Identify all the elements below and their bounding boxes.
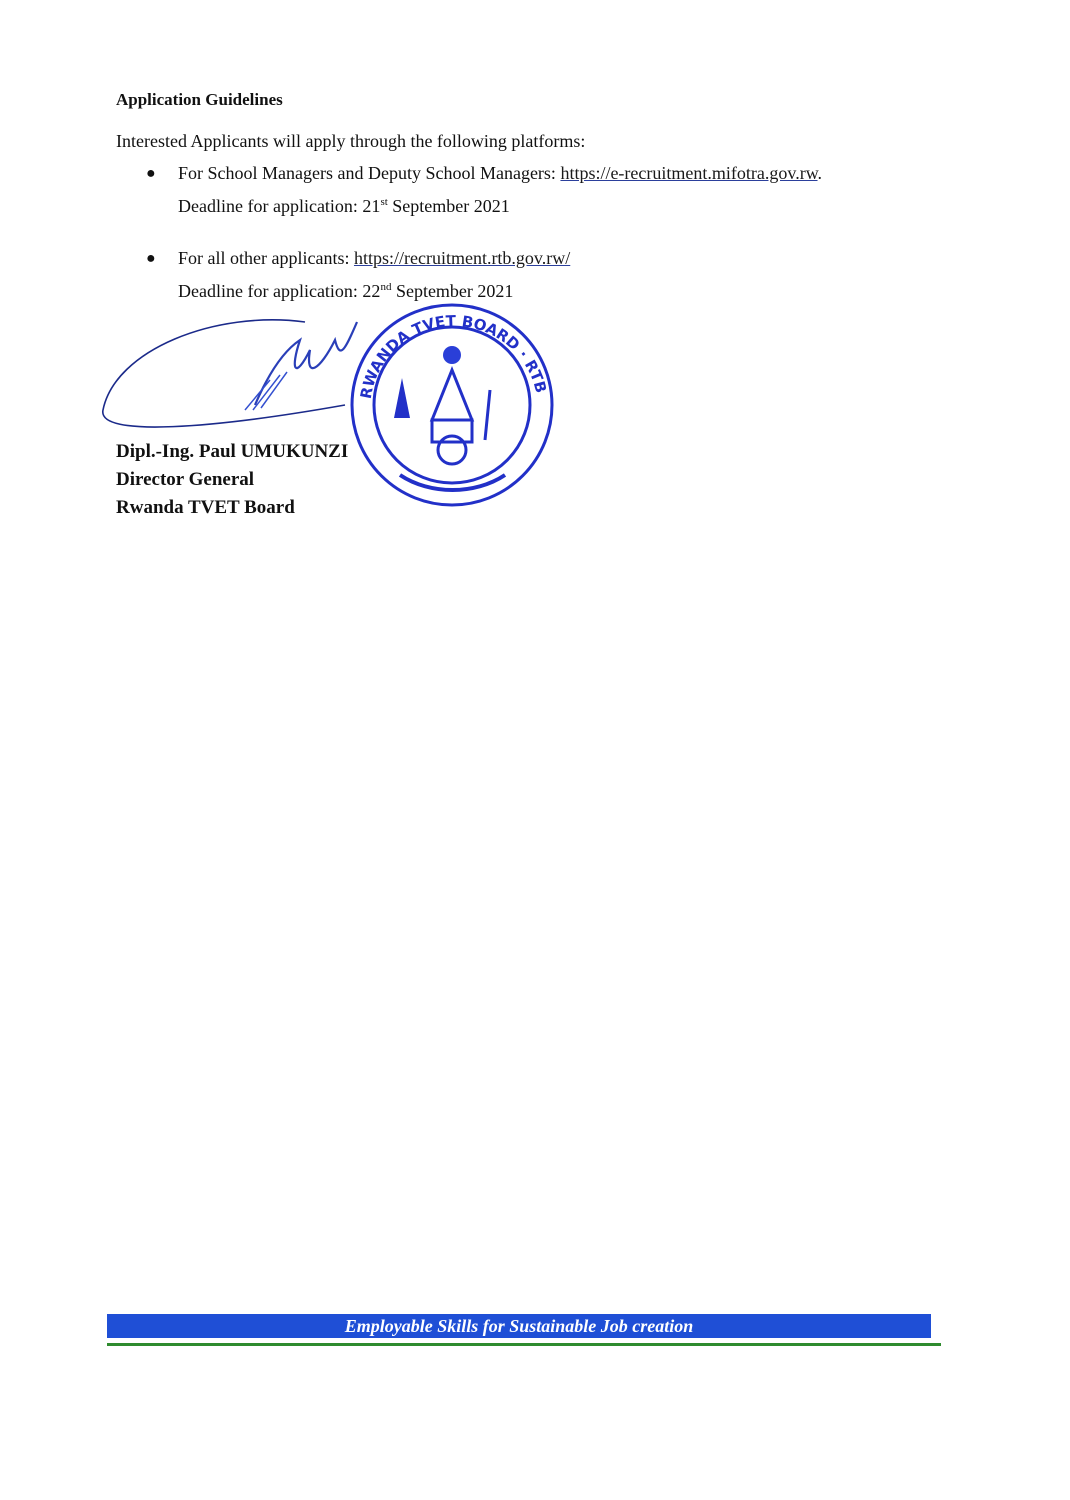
deadline-date: September 2021 bbox=[391, 281, 513, 301]
bullet-icon: ● bbox=[146, 159, 156, 188]
bullet-icon: ● bbox=[146, 244, 156, 273]
deadline-label: Deadline for application: 22 bbox=[178, 281, 380, 301]
intro-text: Interested Applicants will apply through… bbox=[116, 131, 585, 152]
signatory-name: Dipl.-Ing. Paul UMUKUNZI bbox=[116, 438, 348, 466]
section-heading: Application Guidelines bbox=[116, 90, 283, 110]
mifotra-link[interactable]: https://e-recruitment.mifotra.gov.rw bbox=[560, 163, 817, 183]
footer-slogan: Employable Skills for Sustainable Job cr… bbox=[107, 1314, 931, 1338]
footer-divider bbox=[107, 1343, 941, 1346]
deadline-label: Deadline for application: 21 bbox=[178, 196, 380, 216]
ordinal-suffix: st bbox=[380, 196, 387, 208]
bullet-text: For School Managers and Deputy School Ma… bbox=[178, 163, 560, 183]
signatory-title: Director General bbox=[116, 466, 348, 494]
ordinal-suffix: nd bbox=[380, 281, 391, 293]
signatory-organization: Rwanda TVET Board bbox=[116, 494, 348, 522]
deadline-text: Deadline for application: 21st September… bbox=[178, 188, 822, 221]
official-seal-icon: RWANDA TVET BOARD · RTB bbox=[340, 300, 560, 510]
signatory-block: Dipl.-Ing. Paul UMUKUNZI Director Genera… bbox=[116, 438, 348, 522]
bullet-text: For all other applicants: bbox=[178, 248, 354, 268]
punctuation: . bbox=[818, 163, 823, 183]
deadline-date: September 2021 bbox=[388, 196, 510, 216]
rtb-link[interactable]: https://recruitment.rtb.gov.rw/ bbox=[354, 248, 570, 268]
document-page: Application Guidelines Interested Applic… bbox=[0, 0, 1070, 1500]
